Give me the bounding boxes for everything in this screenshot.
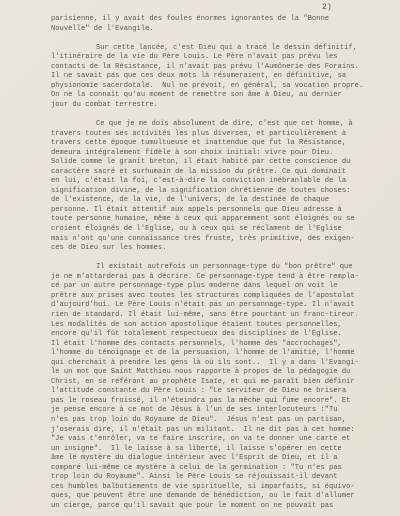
text-line: personne. Il était attentif aux appels p… <box>51 206 396 216</box>
page-number: 2) <box>322 3 332 13</box>
text-line: un cierge, parce qu'il savait que pour l… <box>51 502 396 512</box>
text-line: l'itinéraire de la vie du Père Louis. Le… <box>51 53 396 63</box>
text-line: Nouvelle" de l'Evangile. <box>51 25 396 35</box>
text-line: pas le roseau froissé, il n'éteindra pas… <box>51 397 396 407</box>
paragraph: Ce que je me dois absolument de dire, c'… <box>51 120 396 254</box>
paragraph-gap <box>51 254 396 264</box>
text-line: Il existait autrefois un personnage-type… <box>51 263 396 273</box>
text-line: j'oserais dire, il n'était pas un milita… <box>51 426 396 436</box>
text-line: Christ, en se référant au prophète Isaïe… <box>51 378 396 388</box>
text-line: en lui, c'était la foi, c'est-à-dire la … <box>51 177 396 187</box>
text-line: n'es pas trop loin du Royaume de Dieu". … <box>51 416 396 426</box>
text-line: rien de standard. Il était lui-même, san… <box>51 311 396 321</box>
text-line: ces de Dieu sur les hommes. <box>51 244 396 254</box>
paragraph: Sur cette lancée, c'est Dieu qui a tracé… <box>51 44 396 111</box>
text-line: prêtre aux prises avec toutes les struct… <box>51 292 396 302</box>
text-line: d'aujourd'hui. Le Père Louis n'était pas… <box>51 301 396 311</box>
text-line: Il était l'homme des contacts personnels… <box>51 340 396 350</box>
text-line: encore qu'il fût totalement respectueux … <box>51 330 396 340</box>
paragraph-gap <box>51 110 396 120</box>
text-line: contacts de la Résistance, il n'avait pa… <box>51 63 396 73</box>
text-line: parisienne, il y avait des foules énorme… <box>51 15 396 25</box>
text-line: toute personne humaine, même à ceux qui … <box>51 215 396 225</box>
text-line: ces humbles balbutiements de vie spiritu… <box>51 483 396 493</box>
text-line: Il ne savait pas que ces deux mots là ré… <box>51 72 396 82</box>
text-line: le un mot que Saint Matthieu nous rappor… <box>51 368 396 378</box>
text-line: jour du combat terrestre. <box>51 101 396 111</box>
text-line: Les modalités de son action apostolique … <box>51 321 396 331</box>
paragraph: Il existait autrefois un personnage-type… <box>51 263 396 511</box>
text-line: ques, que peuvent être une demande de bé… <box>51 492 396 502</box>
text-line: caractère sacré et surhumain de la missi… <box>51 168 396 178</box>
text-line: cé par un autre personnage-type plus mod… <box>51 282 396 292</box>
text-line: l'attitude constante du Père Louis : "Le… <box>51 387 396 397</box>
typewritten-page: 2) parisienne, il y avait des foules éno… <box>0 0 400 516</box>
text-line: travers cette époque tumultueuse et inat… <box>51 139 396 149</box>
text-line: comparé lui-même ce mystère à celui de l… <box>51 464 396 474</box>
text-line: On ne la connaît qu'au moment de remettr… <box>51 91 396 101</box>
text-line: trop loin du Royaume". Ainsi le Père Lou… <box>51 473 396 483</box>
paragraph: parisienne, il y avait des foules énorme… <box>51 15 396 34</box>
text-line: croient éloignés de l'Eglise, ou à ceux … <box>51 225 396 235</box>
text-line: qui cherchait à prendre les gens là où i… <box>51 359 396 369</box>
text-line: je pense encore à ce mot de Jésus à l'un… <box>51 406 396 416</box>
text-line: Solide comme le granit breton, il était … <box>51 158 396 168</box>
text-line: physionomie sacerdotale. Nul ne prévoit,… <box>51 82 396 92</box>
text-line: je ne m'attarderai pas à décrire. Ce per… <box>51 273 396 283</box>
text-line: un insigne". Il le laisse à sa liberté, … <box>51 445 396 455</box>
text-line: âme le mystère du dialogue intérieur ave… <box>51 454 396 464</box>
text-line: mais n'ont qu'une connaissance très frus… <box>51 235 396 245</box>
text-line: "Je vais t'enrôler, va te faire inscrire… <box>51 435 396 445</box>
text-line: Ce que je me dois absolument de dire, c'… <box>51 120 396 130</box>
text-line: Sur cette lancée, c'est Dieu qui a tracé… <box>51 44 396 54</box>
text-line: demeura intégralement fidèle à son choix… <box>51 149 396 159</box>
paragraph-gap <box>51 34 396 44</box>
text-line: travers toutes ses activités les plus di… <box>51 130 396 140</box>
document-body: parisienne, il y avait des foules énorme… <box>51 15 396 511</box>
text-line: l'homme du témoignage et de la persuasio… <box>51 349 396 359</box>
text-line: signification divine, de la significatio… <box>51 187 396 197</box>
text-line: de l'existence, de la vie, de l'univers,… <box>51 196 396 206</box>
